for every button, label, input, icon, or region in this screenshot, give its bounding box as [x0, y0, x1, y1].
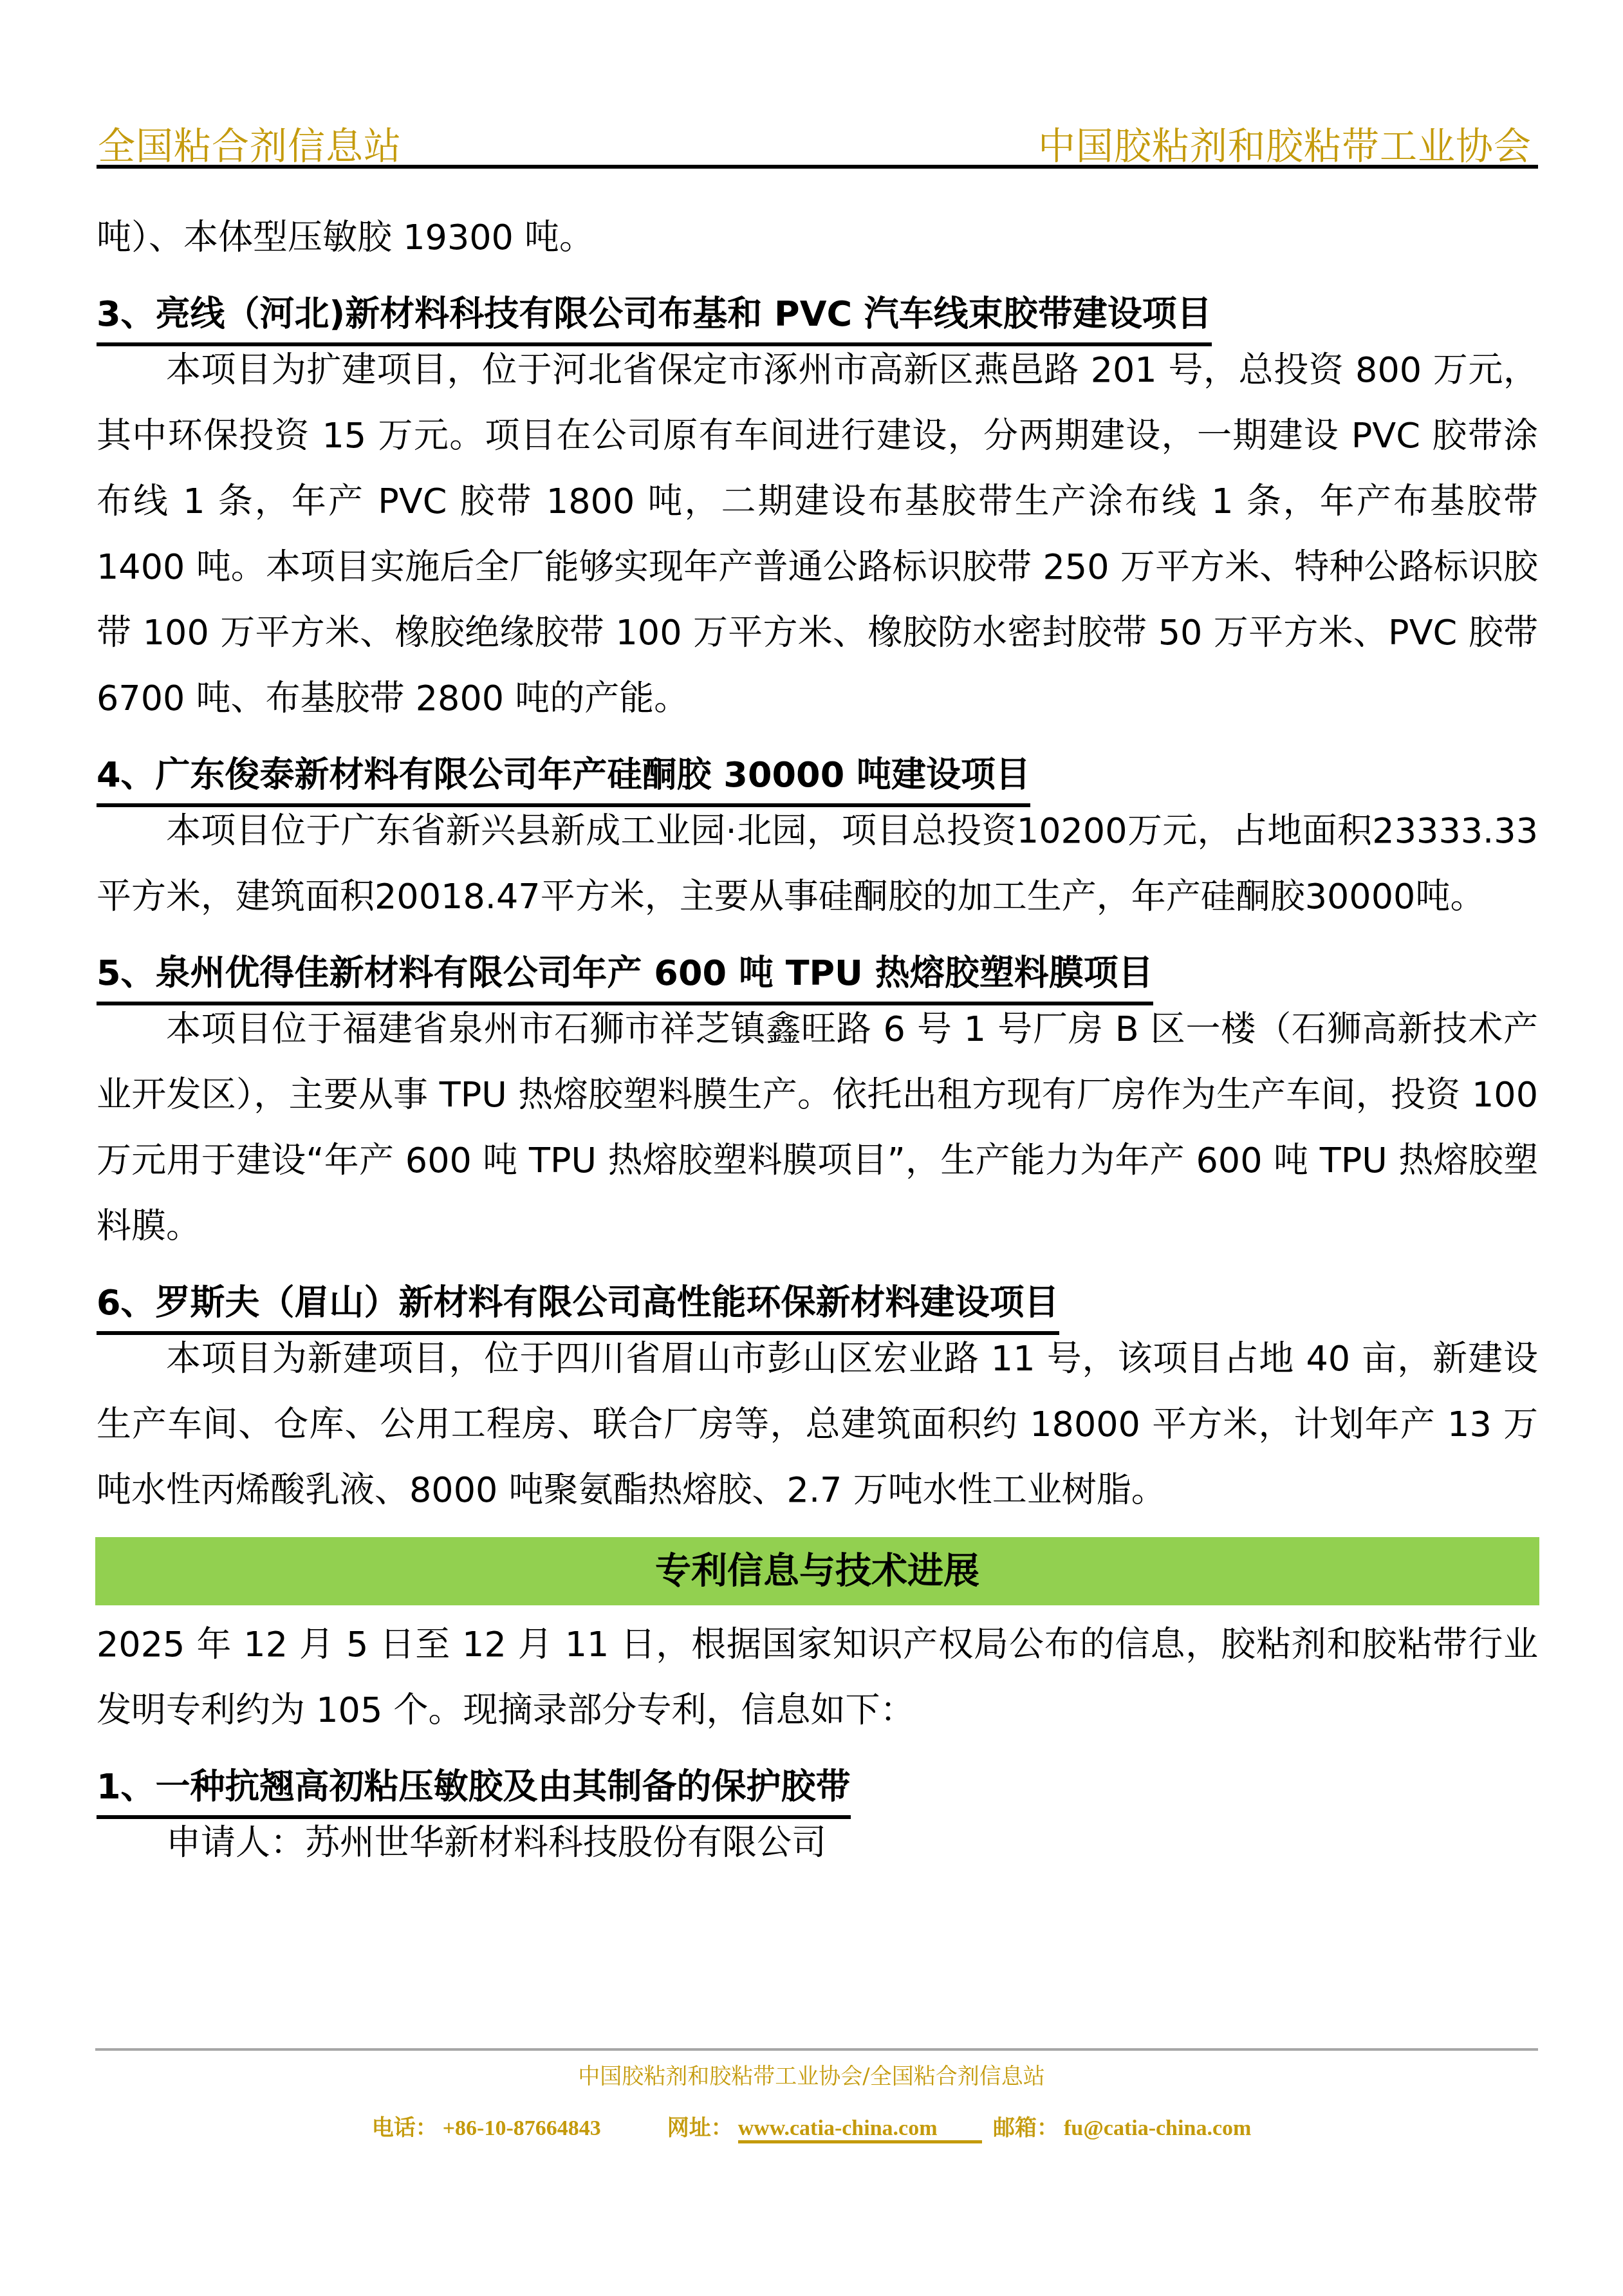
email-address[interactable]: fu@catia-china.com	[1064, 2116, 1251, 2140]
website-link[interactable]: www.catia-china.com	[738, 2116, 983, 2143]
project-section-5: 5、泉州优得佳新材料有限公司年产 600 吨 TPU 热熔胶塑料膜项目	[97, 929, 1538, 996]
project-description: 本项目为扩建项目，位于河北省保定市涿州市高新区燕邑路 201 号，总投资 800…	[97, 337, 1538, 731]
patents-intro: 2025 年 12 月 5 日至 12 月 11 日，根据国家知识产权局公布的信…	[97, 1612, 1538, 1743]
footer-contact: 电话：+86-10-87664843 网址：www.catia-china.co…	[0, 2110, 1623, 2142]
patent-item-1: 1、一种抗翘高初粘压敏胶及由其制备的保护胶带	[97, 1743, 1538, 1810]
project-description: 本项目为新建项目，位于四川省眉山市彭山区宏业路 11 号，该项目占地 40 亩，…	[97, 1326, 1538, 1523]
email-label: 邮箱：	[993, 2116, 1059, 2140]
project-section-6: 6、罗斯夫（眉山）新材料有限公司高性能环保新材料建设项目	[97, 1259, 1538, 1326]
patent-section-banner: 专利信息与技术进展	[95, 1537, 1539, 1605]
phone-number: +86-10-87664843	[443, 2116, 601, 2140]
header-site-name: 全国粘合剂信息站	[98, 116, 402, 170]
project-section-4: 4、广东俊泰新材料有限公司年产硅酮胶 30000 吨建设项目	[97, 731, 1538, 798]
website-label: 网址：	[667, 2116, 733, 2140]
footer-organization: 中国胶粘剂和胶粘带工业协会/全国粘合剂信息站	[0, 2058, 1623, 2090]
project-description: 本项目位于广东省新兴县新成工业园·北园，项目总投资10200万元，占地面积233…	[97, 798, 1538, 929]
phone-label: 电话：	[372, 2116, 438, 2140]
footer-divider	[95, 2048, 1538, 2051]
header-association-name: 中国胶粘剂和胶粘带工业协会	[1038, 116, 1532, 170]
page-header: 全国粘合剂信息站 中国胶粘剂和胶粘带工业协会	[97, 116, 1538, 167]
header-divider	[97, 165, 1538, 169]
patent-applicant: 申请人：苏州世华新材料科技股份有限公司	[97, 1810, 1538, 1876]
project-section-3: 3、亮线（河北)新材料科技有限公司布基和 PVC 汽车线束胶带建设项目	[97, 270, 1538, 337]
continuation-text: 吨）、本体型压敏胶 19300 吨。	[97, 205, 1538, 270]
document-body: 吨）、本体型压敏胶 19300 吨。 3、亮线（河北)新材料科技有限公司布基和 …	[97, 205, 1538, 1876]
project-description: 本项目位于福建省泉州市石狮市祥芝镇鑫旺路 6 号 1 号厂房 B 区一楼（石狮高…	[97, 996, 1538, 1259]
